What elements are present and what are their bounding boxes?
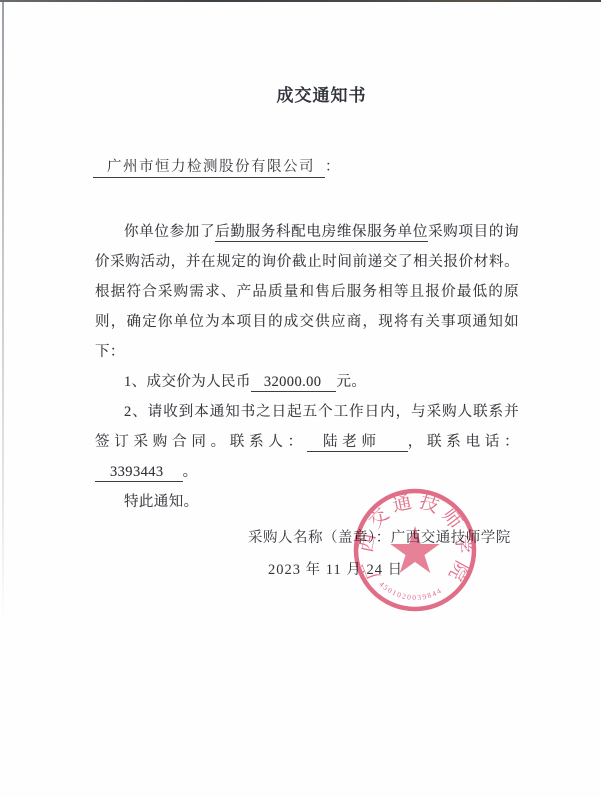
award-price-item: 1、成交价为人民币32000.00元。 <box>95 367 519 397</box>
contact-name: 陆老师 <box>307 434 408 452</box>
scanned-notice-page: 成交通知书 广州市恒力检测股份有限公司： 你单位参加了后勤服务科配电房维保服务单… <box>0 0 601 797</box>
price-suffix: 元。 <box>336 374 366 390</box>
recipient-colon: ： <box>325 159 341 175</box>
recipient-name: 广州市恒力检测股份有限公司 <box>93 159 325 178</box>
project-name: 后勤服务科配电房维保服务单位 <box>215 224 428 242</box>
recipient-line: 广州市恒力检测股份有限公司： <box>93 155 341 176</box>
contract-item: 2、请收到本通知书之日起五个工作日内，与采购人联系并签订采购合同。联系人：陆老师… <box>95 397 519 487</box>
notice-paragraph: 你单位参加了后勤服务科配电房维保服务单位采购项目的询价采购活动，并在规定的询价截… <box>95 217 519 367</box>
price-prefix: 1、成交价为人民币 <box>124 374 251 390</box>
award-amount: 32000.00 <box>251 374 337 392</box>
official-seal: 广西交通技师学院 4501020039844 <box>345 480 485 620</box>
paragraph-lead: 你单位参加了 <box>124 224 215 240</box>
seal-star-icon <box>390 526 439 573</box>
notice-body: 你单位参加了后勤服务科配电房维保服务单位采购项目的询价采购活动，并在规定的询价截… <box>95 217 519 517</box>
seal-number: 4501020039844 <box>377 579 444 602</box>
page-title: 成交通知书 <box>0 81 601 106</box>
paragraph-rest: 采购项目的询价采购活动，并在规定的询价截止时间前递交了相关报价材料。根据符合采购… <box>95 224 519 360</box>
contact-phone: 3393443 <box>95 464 183 482</box>
contract-mid: ，联系电话： <box>408 434 519 450</box>
contract-end: 。 <box>183 464 198 480</box>
scan-edge-top <box>0 0 601 2</box>
